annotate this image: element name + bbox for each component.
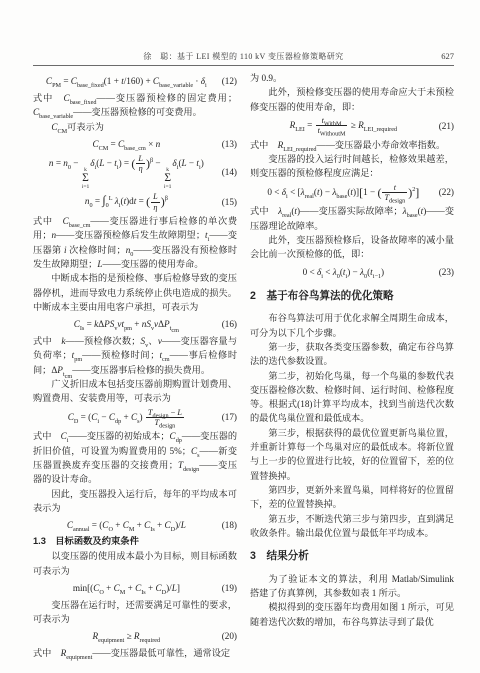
paragraph: 式中 Ci——变压器的初始成本；Cdp——变压器的折旧价值，可设置为购置费用的 … [33, 429, 237, 486]
formula-body: 0 < δi < [λreal(t) − λbase(t)][1 − (tTde… [250, 183, 437, 203]
equation-number: (16) [222, 317, 237, 331]
section-heading: 3 结果分析 [250, 550, 454, 563]
paragraph: 第五步，不断迭代第三步与第四步，直到满足收敛条件。输出最优位置与最低年平均成本。 [250, 512, 454, 541]
equation-number: (18) [222, 518, 237, 532]
equation-number: (17) [222, 410, 237, 424]
formula: 0 < δi < [λreal(t) − λbase(t)][1 − (tTde… [250, 183, 454, 203]
equation-number: (14) [222, 165, 237, 179]
equation-number: (15) [222, 195, 237, 209]
equation-number: (13) [222, 137, 237, 151]
paragraph: 第一步，获取各类变压器参数，确定布谷鸟算法的迭代参数设置。 [250, 340, 454, 369]
formula: 0 < δi < λ0(ti) − λ0(ti−1)(23) [250, 264, 454, 280]
right-column: 为 0.9。此外，预检修变压器的使用寿命应大于未预检修变压器的使用寿命，即：RL… [250, 71, 454, 661]
formula-body: RLEI = tWithMtWithoutM ≥ RLEI_required [250, 116, 437, 136]
left-column: CPM = Cbase_fixed(1 + t/160) + Cbase_var… [33, 71, 237, 661]
paragraph: 式中 λreal(t)——变压器实际故障率；λbase(t)——变压器理论故障率… [250, 204, 454, 233]
formula-body: 0 < δi < λ0(ti) − λ0(ti−1) [250, 265, 437, 279]
equation-number: (23) [439, 265, 454, 279]
formula-body: CIs = kΔPSvvtpm + nSvvΔPtcm [33, 317, 220, 331]
equation-number: (20) [222, 629, 237, 643]
formula-body: n0 = ∫0L λi(t)dt = (Lη)β [33, 192, 220, 212]
formula-body: Cannual = (CO + CM + CIs + CD)/L [33, 518, 220, 532]
paragraph: 此外，预检修变压器的使用寿命应大于未预检修变压器的使用寿命，即： [250, 85, 454, 114]
page-header: 徐 聪：基于 LEI 模型的 110 kV 变压器检修策略研究 627 [33, 51, 454, 63]
equation-number: (21) [439, 119, 454, 133]
formula: CIs = kΔPSvvtpm + nSvvΔPtcm(16) [33, 316, 237, 332]
paragraph: 以变压器的使用成本最小为目标，则目标函数可表示为 [33, 549, 237, 578]
paragraph: CCM可表示为 [33, 120, 237, 134]
paragraph: 因此，变压器投入运行后，每年的平均成本可表示为 [33, 487, 237, 516]
formula: CD = (Ci − Cdp + Cs) Tdesign − LTdesign(… [33, 408, 237, 428]
formula-body: CPM = Cbase_fixed(1 + t/160) + Cbase_var… [33, 74, 220, 88]
paragraph: 式中 Requipment——变压器最低可靠性，通常设定 [33, 646, 237, 660]
formula-body: CD = (Ci − Cdp + Cs) Tdesign − LTdesign [33, 408, 220, 428]
header-rule [33, 65, 454, 66]
formula: min[(CO + CM + CIs + CD)/L](19) [33, 580, 237, 596]
paragraph: 第三步，根据获得的最优位置更新鸟巢位置，并重新计算每一个鸟巢对应的最低成本。将新… [250, 426, 454, 483]
paragraph: 中断成本指的是预检修、事后检修导致的变压器停机，进而导致电力系统停止供电造成的损… [33, 271, 237, 314]
paragraph: 此外，变压器预检修后，设备故障率的减小量会比前一次预检修的低，即： [250, 233, 454, 262]
two-column-body: CPM = Cbase_fixed(1 + t/160) + Cbase_var… [33, 71, 454, 661]
paragraph: 第二步，初始化鸟巢，每一个鸟巢的参数代表变压器检修次数、检修时间、运行时间、检修… [250, 369, 454, 426]
formula: n0 = ∫0L λi(t)dt = (Lη)β(15) [33, 192, 237, 212]
equation-number: (19) [222, 581, 237, 595]
paragraph: 广义折旧成本包括变压器前期购置计划费用、购置费用、安装费用等，可表示为 [33, 377, 237, 406]
subsection-heading: 1.3 目标函数及约束条件 [33, 535, 237, 548]
formula-body: Requipment ≥ Rrequired [33, 629, 220, 643]
paragraph: 式中 Cbase_cm——变压器进行事后检修的单次费用；n——变压器预检修后发生… [33, 214, 237, 271]
paragraph: 模拟得到的变压器年均费用如图 1 所示，可见随着迭代次数的增加，布谷鸟算法寻到了… [250, 600, 454, 629]
paragraph: 变压器在运行时，还需要满足可靠性的要求，可表示为 [33, 598, 237, 627]
formula: Cannual = (CO + CM + CIs + CD)/L(18) [33, 517, 237, 533]
page-number: 627 [441, 51, 454, 61]
formula: n = n0 − kΣi=1δi(L − ti) = (Lη)β − kΣi=1… [33, 154, 237, 190]
equation-number: (22) [439, 185, 454, 199]
formula: CPM = Cbase_fixed(1 + t/160) + Cbase_var… [33, 73, 237, 89]
formula: Requipment ≥ Rrequired(20) [33, 628, 237, 644]
running-title: 徐 聪：基于 LEI 模型的 110 kV 变压器检修策略研究 [33, 51, 454, 62]
formula-body: n = n0 − kΣi=1δi(L − ti) = (Lη)β − kΣi=1… [33, 154, 220, 190]
paragraph: 式中 Cbase_fixed——变压器预检修的固定费用；Cbase_variab… [33, 91, 237, 120]
section-heading: 2 基于布谷鸟算法的优化策略 [250, 290, 454, 303]
paragraph: 第四步，更新外来置鸟巢，同样将好的位置留下，差的位置替换掉。 [250, 483, 454, 512]
formula: RLEI = tWithMtWithoutM ≥ RLEI_required(2… [250, 116, 454, 136]
paragraph: 布谷鸟算法可用于优化求解全周期生命成本，可分为以下几个步骤。 [250, 311, 454, 340]
paragraph: 为 0.9。 [250, 71, 454, 85]
paragraph: 为了验证本文的算法，利用 Matlab/Simulink 搭建了仿真算例，其参数… [250, 572, 454, 601]
paragraph: 式中 RLEI_required——变压器最小寿命效率指数。 [250, 138, 454, 152]
formula-body: min[(CO + CM + CIs + CD)/L] [33, 581, 220, 595]
formula-body: CCM = Cbase_cm × n [33, 137, 220, 151]
paper-page: 徐 聪：基于 LEI 模型的 110 kV 变压器检修策略研究 627 CPM … [0, 0, 480, 673]
formula: CCM = Cbase_cm × n(13) [33, 136, 237, 152]
paragraph: 式中 k——预检修次数；Sv、v——变压器容量与负荷率；tpm——预检修时间；t… [33, 334, 237, 377]
equation-number: (12) [222, 74, 237, 88]
paragraph: 变压器的投入运行时间越长，检修效果越差，则变压器的预检修程度应满足： [250, 152, 454, 181]
